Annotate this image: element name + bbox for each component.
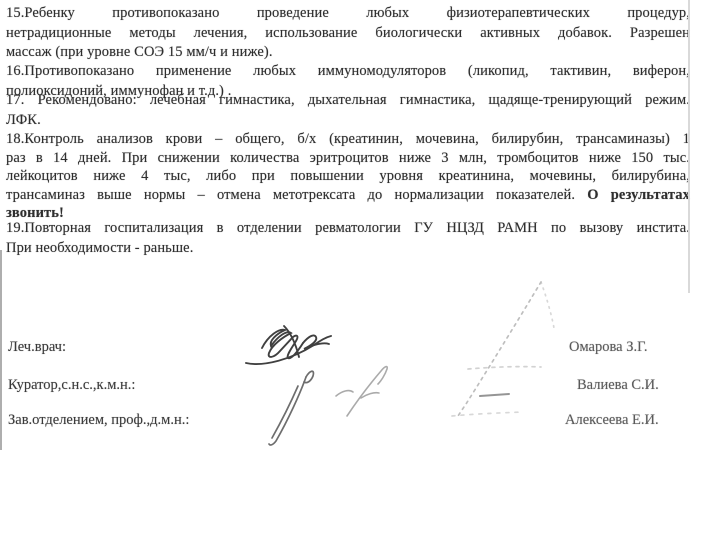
document-line: раз в 14 дней. При снижении количества э… [6, 149, 690, 168]
line-text: 15.Ребенку противопоказано проведение лю… [6, 5, 690, 21]
document-line: 16.Противопоказано применение любых имму… [6, 62, 690, 82]
paragraph-item-15: 15.Ребенку противопоказано проведение лю… [6, 4, 690, 63]
line-text: При необходимости - раньше. [6, 240, 193, 256]
paragraph-item-19: 19.Повторная госпитализация в отделении … [6, 219, 690, 258]
line-text: 17. Рекомендовано: лечебная гимнастика, … [6, 92, 690, 108]
line-text: трансаминаз выше нормы – отмена метотрек… [6, 187, 587, 203]
signature-row-kurator: Куратор,с.н.с.,к.м.н.: Валиева С.И. [0, 377, 720, 397]
document-line: При необходимости - раньше. [6, 239, 690, 259]
signature-row-zav-otdeleniem: Зав.отделением, проф.,д.м.н.: Алексеева … [0, 412, 720, 432]
document-line: 19.Повторная госпитализация в отделении … [6, 219, 690, 239]
document-line: трансаминаз выше нормы – отмена метотрек… [6, 186, 690, 205]
document-line: массаж (при уровне СОЭ 15 мм/ч и ниже). [6, 43, 690, 63]
line-text: 19.Повторная госпитализация в отделении … [6, 220, 690, 236]
line-text: 18.Контроль анализов крови – общего, б/х… [6, 131, 690, 147]
line-text: нетрадиционные методы лечения, использов… [6, 25, 690, 41]
line-text: ЛФК. [6, 112, 41, 128]
line-text: массаж (при уровне СОЭ 15 мм/ч и ниже). [6, 44, 273, 60]
scan-edge-line-left [0, 250, 2, 450]
signature-label-zav-otdeleniem: Зав.отделением, проф.,д.м.н.: [8, 412, 189, 429]
paragraph-item-18: 18.Контроль анализов крови – общего, б/х… [6, 130, 690, 223]
paragraph-item-17: 17. Рекомендовано: лечебная гимнастика, … [6, 91, 690, 130]
line-text: 16.Противопоказано применение любых имму… [6, 63, 690, 79]
doctor-name-valieva: Валиева С.И. [577, 377, 659, 394]
line-text-bold: О результатах [587, 187, 690, 203]
document-line: 17. Рекомендовано: лечебная гимнастика, … [6, 91, 690, 111]
signature-label-lech-vrach: Леч.врач: [8, 339, 66, 356]
document-line: нетрадиционные методы лечения, использов… [6, 24, 690, 44]
document-line: 15.Ребенку противопоказано проведение лю… [6, 4, 690, 24]
scan-edge-line-right [688, 0, 690, 293]
line-text: раз в 14 дней. При снижении количества э… [6, 150, 690, 166]
document-line: 18.Контроль анализов крови – общего, б/х… [6, 130, 690, 149]
line-text: лейкоцитов ниже 4 тыс, либо при повышени… [6, 168, 690, 184]
scanned-document-page: 15.Ребенку противопоказано проведение лю… [0, 0, 720, 540]
doctor-name-omarova: Омарова З.Г. [569, 339, 647, 356]
signature-label-kurator: Куратор,с.н.с.,к.м.н.: [8, 377, 135, 394]
signature-row-lech-vrach: Леч.врач: Омарова З.Г. [0, 339, 720, 359]
doctor-name-alekseeva: Алексеева Е.И. [565, 412, 659, 429]
document-line: лейкоцитов ниже 4 тыс, либо при повышени… [6, 167, 690, 186]
document-line: ЛФК. [6, 111, 690, 131]
